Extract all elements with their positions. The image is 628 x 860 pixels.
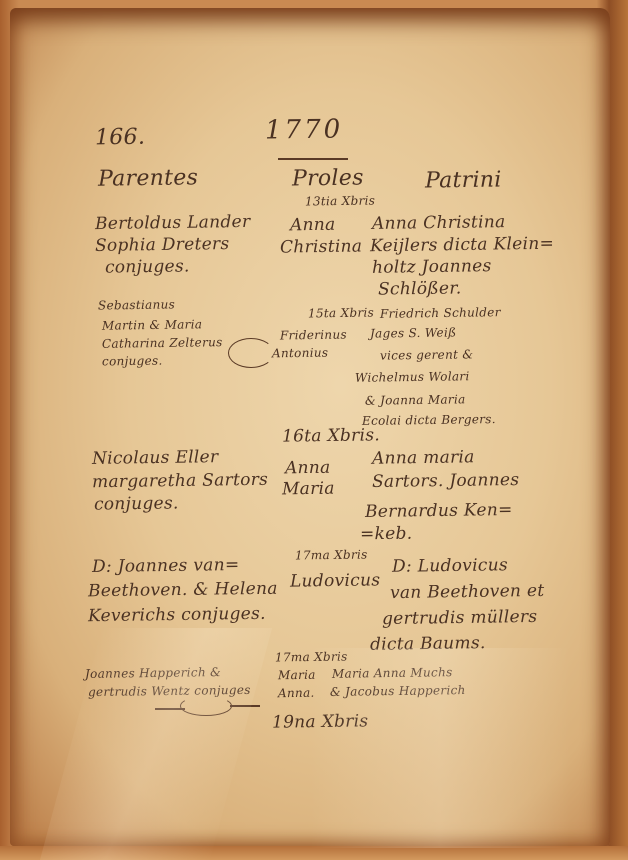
proles-line: Antonius	[272, 346, 328, 361]
parents-line: Bertoldus Lander	[95, 212, 251, 234]
parents-line: Sophia Dreters	[95, 234, 230, 256]
parents-line: Nicolaus Eller	[92, 447, 219, 469]
header-parentes: Parentes	[98, 165, 199, 191]
parents-line: conjuges.	[102, 354, 163, 369]
patrini-line: van Beethoven et	[390, 581, 545, 603]
patrini-line: vices gerent &	[380, 347, 473, 362]
patrini-line: Friedrich Schulder	[380, 305, 501, 321]
parents-line: Beethoven. & Helena	[88, 579, 278, 602]
page-number: 166.	[95, 125, 146, 151]
header-proles: Proles	[292, 166, 364, 192]
parents-line: D: Joannes van=	[92, 555, 240, 577]
proles-line: Friderinus	[280, 328, 347, 343]
patrini-line: =keb.	[360, 524, 413, 545]
patrini-line: gertrudis müllers	[382, 607, 538, 629]
parents-line: conjuges.	[105, 256, 190, 277]
parents-line: Sebastianus	[98, 297, 175, 312]
baptismal-register-page: 166. 1770 Parentes Proles Patrini 13tia …	[10, 8, 610, 846]
proles-line: Christina	[280, 236, 363, 257]
patrini-line: Sartors. Joannes	[372, 470, 520, 492]
patrini-line: Ecolai dicta Bergers.	[362, 412, 496, 428]
patrini-line: Anna Christina	[372, 212, 506, 234]
entry-date: 13tia Xbris	[305, 194, 375, 209]
proles-line: Maria	[282, 479, 335, 500]
parents-line: conjuges.	[94, 493, 179, 514]
patrini-line: D: Ludovicus	[392, 555, 508, 577]
patrini-line: Anna maria	[372, 447, 475, 468]
glass-reflection	[310, 648, 570, 848]
entry-date: 15ta Xbris	[308, 306, 374, 321]
patrini-line: holtz Joannes	[372, 256, 492, 278]
glass-reflection	[38, 628, 272, 860]
entry-date: 16ta Xbris.	[282, 425, 380, 446]
parents-line: Keverichs conjuges.	[88, 604, 266, 626]
patrini-line: Jages S. Weiß	[370, 325, 457, 340]
entry-date: 17ma Xbris	[295, 547, 368, 562]
flourish-mark	[228, 338, 274, 368]
year-underline	[278, 158, 348, 160]
parents-line: Martin & Maria	[102, 317, 202, 332]
proles-line: Ludovicus	[290, 570, 381, 591]
parents-line: Catharina Zelterus	[102, 335, 223, 351]
year-heading: 1770	[265, 114, 344, 145]
parents-line: margaretha Sartors	[92, 470, 268, 492]
patrini-line: Bernardus Ken=	[365, 500, 513, 522]
proles-line: Anna	[290, 215, 336, 236]
header-patrini: Patrini	[425, 167, 502, 193]
patrini-line: Keijlers dicta Klein=	[370, 234, 554, 257]
proles-line: Anna	[285, 458, 331, 479]
patrini-line: Wichelmus Wolari	[355, 369, 470, 385]
patrini-line: Schlößer.	[378, 278, 462, 299]
patrini-line: & Joanna Maria	[365, 392, 466, 407]
